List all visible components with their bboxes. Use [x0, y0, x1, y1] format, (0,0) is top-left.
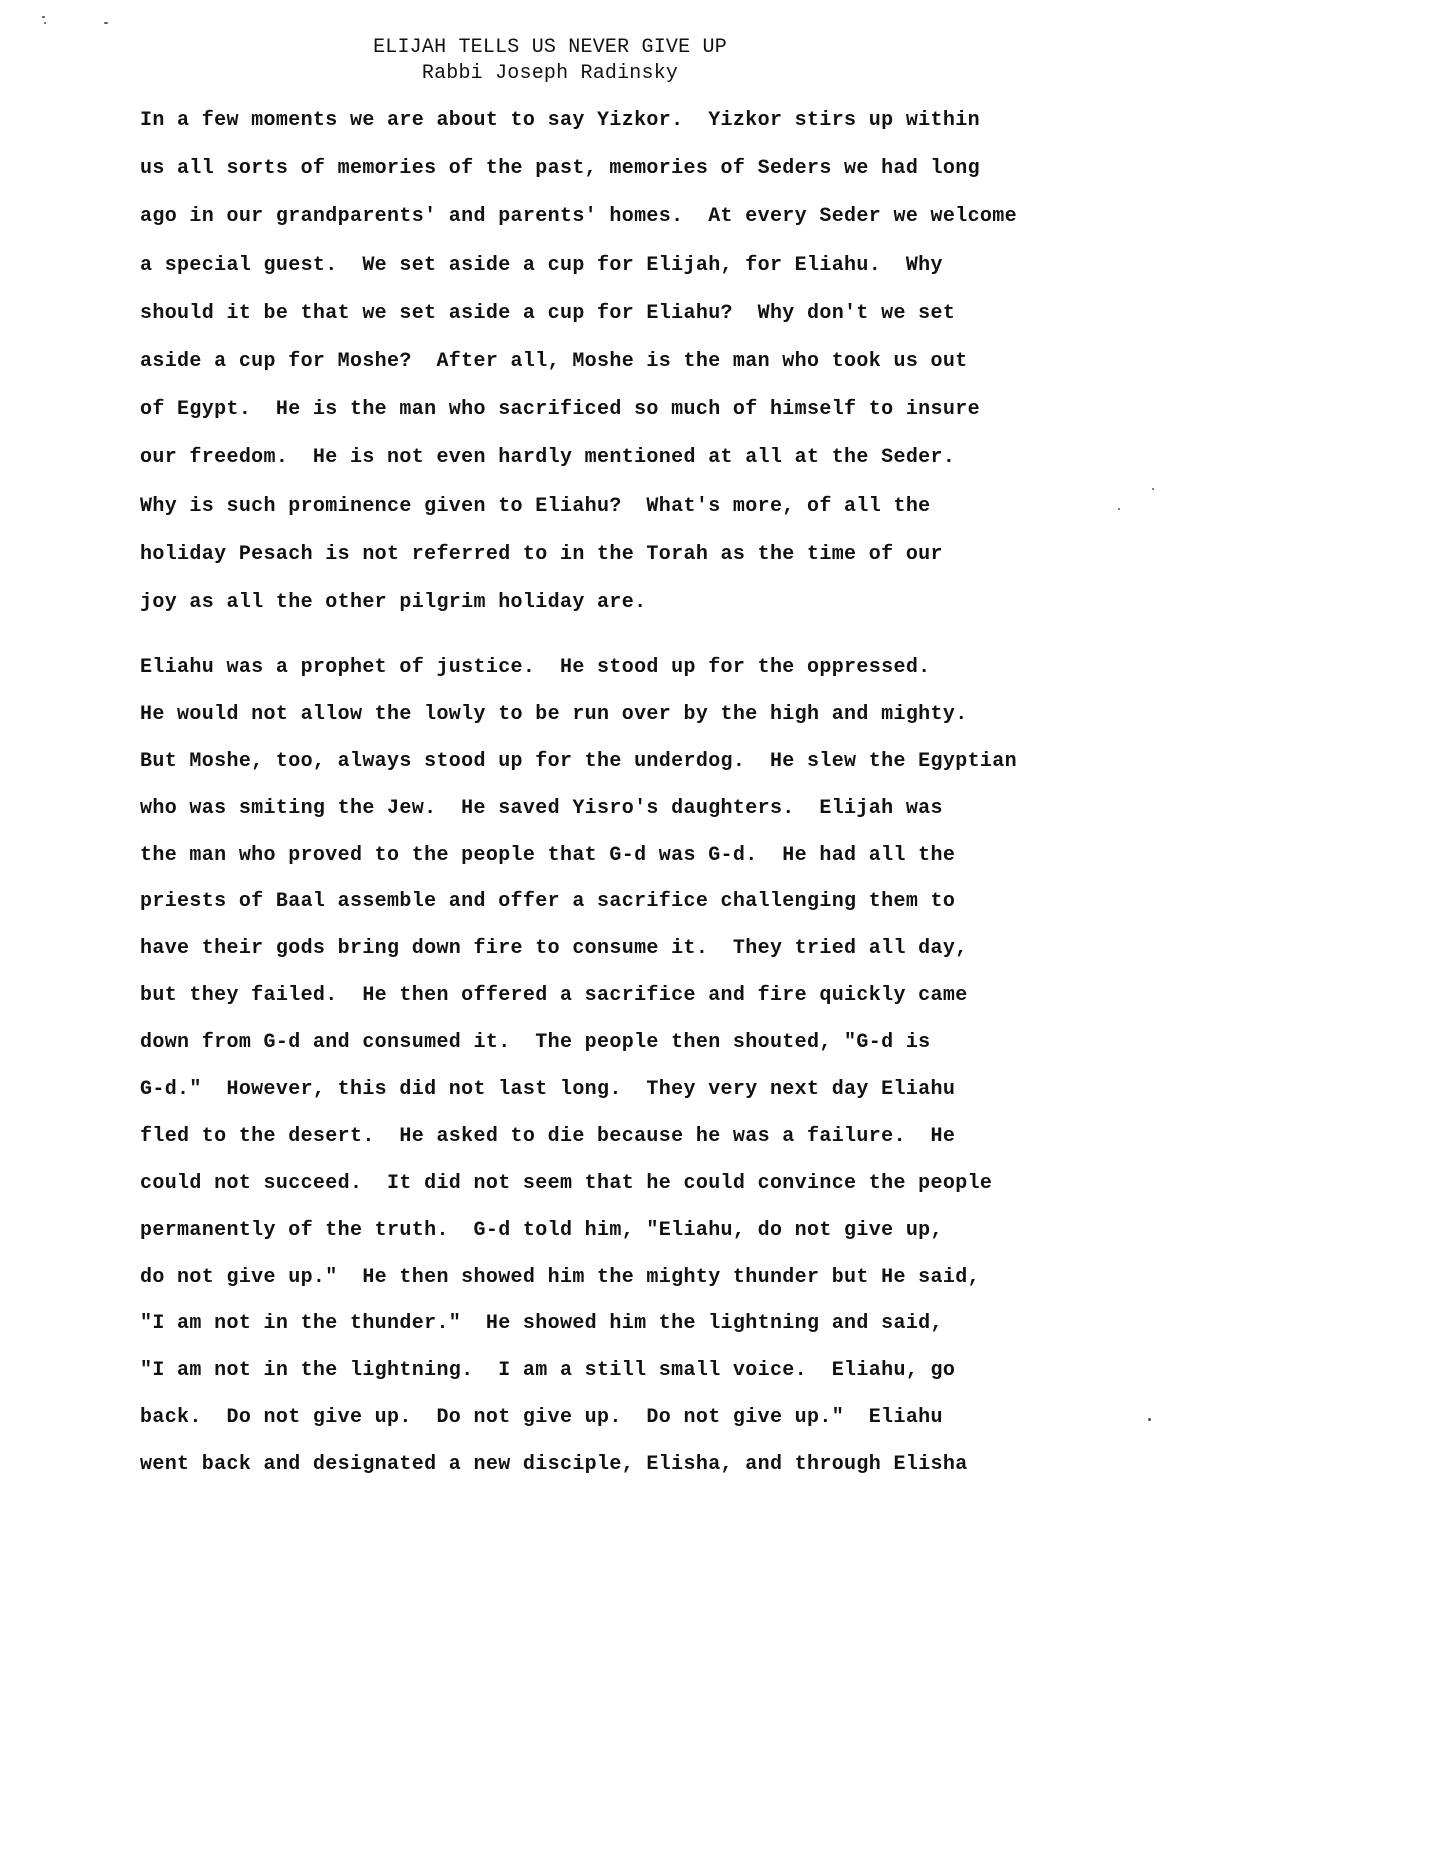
text-line: should it be that we set aside a cup for… — [140, 290, 1040, 338]
document-header: ELIJAH TELLS US NEVER GIVE UP Rabbi Jose… — [0, 35, 1100, 87]
document-title: ELIJAH TELLS US NEVER GIVE UP — [0, 35, 1100, 61]
text-line: who was smiting the Jew. He saved Yisro'… — [140, 786, 1040, 833]
scan-speck — [104, 22, 108, 24]
scan-speck — [42, 16, 45, 18]
text-line: Why is such prominence given to Eliahu? … — [140, 483, 1040, 531]
text-line: permanently of the truth. G-d told him, … — [140, 1208, 1040, 1255]
text-line: could not succeed. It did not seem that … — [140, 1161, 1040, 1208]
text-line: but they failed. He then offered a sacri… — [140, 973, 1040, 1020]
text-line: us all sorts of memories of the past, me… — [140, 145, 1040, 193]
text-line: In a few moments we are about to say Yiz… — [140, 97, 1040, 145]
text-line: holiday Pesach is not referred to in the… — [140, 531, 1040, 579]
text-line: Eliahu was a prophet of justice. He stoo… — [140, 645, 1040, 692]
text-line: He would not allow the lowly to be run o… — [140, 692, 1040, 739]
text-line: down from G-d and consumed it. The peopl… — [140, 1020, 1040, 1067]
text-line: But Moshe, too, always stood up for the … — [140, 739, 1040, 786]
document-author: Rabbi Joseph Radinsky — [0, 61, 1100, 87]
text-line: "I am not in the thunder." He showed him… — [140, 1301, 1040, 1348]
text-line: a special guest. We set aside a cup for … — [140, 242, 1040, 290]
text-line: fled to the desert. He asked to die beca… — [140, 1114, 1040, 1161]
text-line: G-d." However, this did not last long. T… — [140, 1067, 1040, 1114]
text-line: ago in our grandparents' and parents' ho… — [140, 193, 1040, 241]
scanned-document-page: ELIJAH TELLS US NEVER GIVE UP Rabbi Jose… — [0, 0, 1430, 1851]
text-line: have their gods bring down fire to consu… — [140, 926, 1040, 973]
paragraph-1: In a few moments we are about to say Yiz… — [140, 97, 1040, 627]
scan-speck — [44, 22, 46, 24]
text-line: our freedom. He is not even hardly menti… — [140, 434, 1040, 482]
text-line: back. Do not give up. Do not give up. Do… — [140, 1395, 1040, 1442]
text-line: went back and designated a new disciple,… — [140, 1442, 1040, 1489]
paragraph-2: Eliahu was a prophet of justice. He stoo… — [140, 645, 1040, 1489]
text-line: "I am not in the lightning. I am a still… — [140, 1348, 1040, 1395]
text-line: aside a cup for Moshe? After all, Moshe … — [140, 338, 1040, 386]
text-line: joy as all the other pilgrim holiday are… — [140, 579, 1040, 627]
text-line: of Egypt. He is the man who sacrificed s… — [140, 386, 1040, 434]
scan-speck — [1118, 508, 1120, 510]
text-line: the man who proved to the people that G-… — [140, 833, 1040, 880]
scan-speck — [1148, 1418, 1151, 1421]
scan-speck — [1152, 488, 1154, 490]
text-line: priests of Baal assemble and offer a sac… — [140, 879, 1040, 926]
text-line: do not give up." He then showed him the … — [140, 1255, 1040, 1302]
